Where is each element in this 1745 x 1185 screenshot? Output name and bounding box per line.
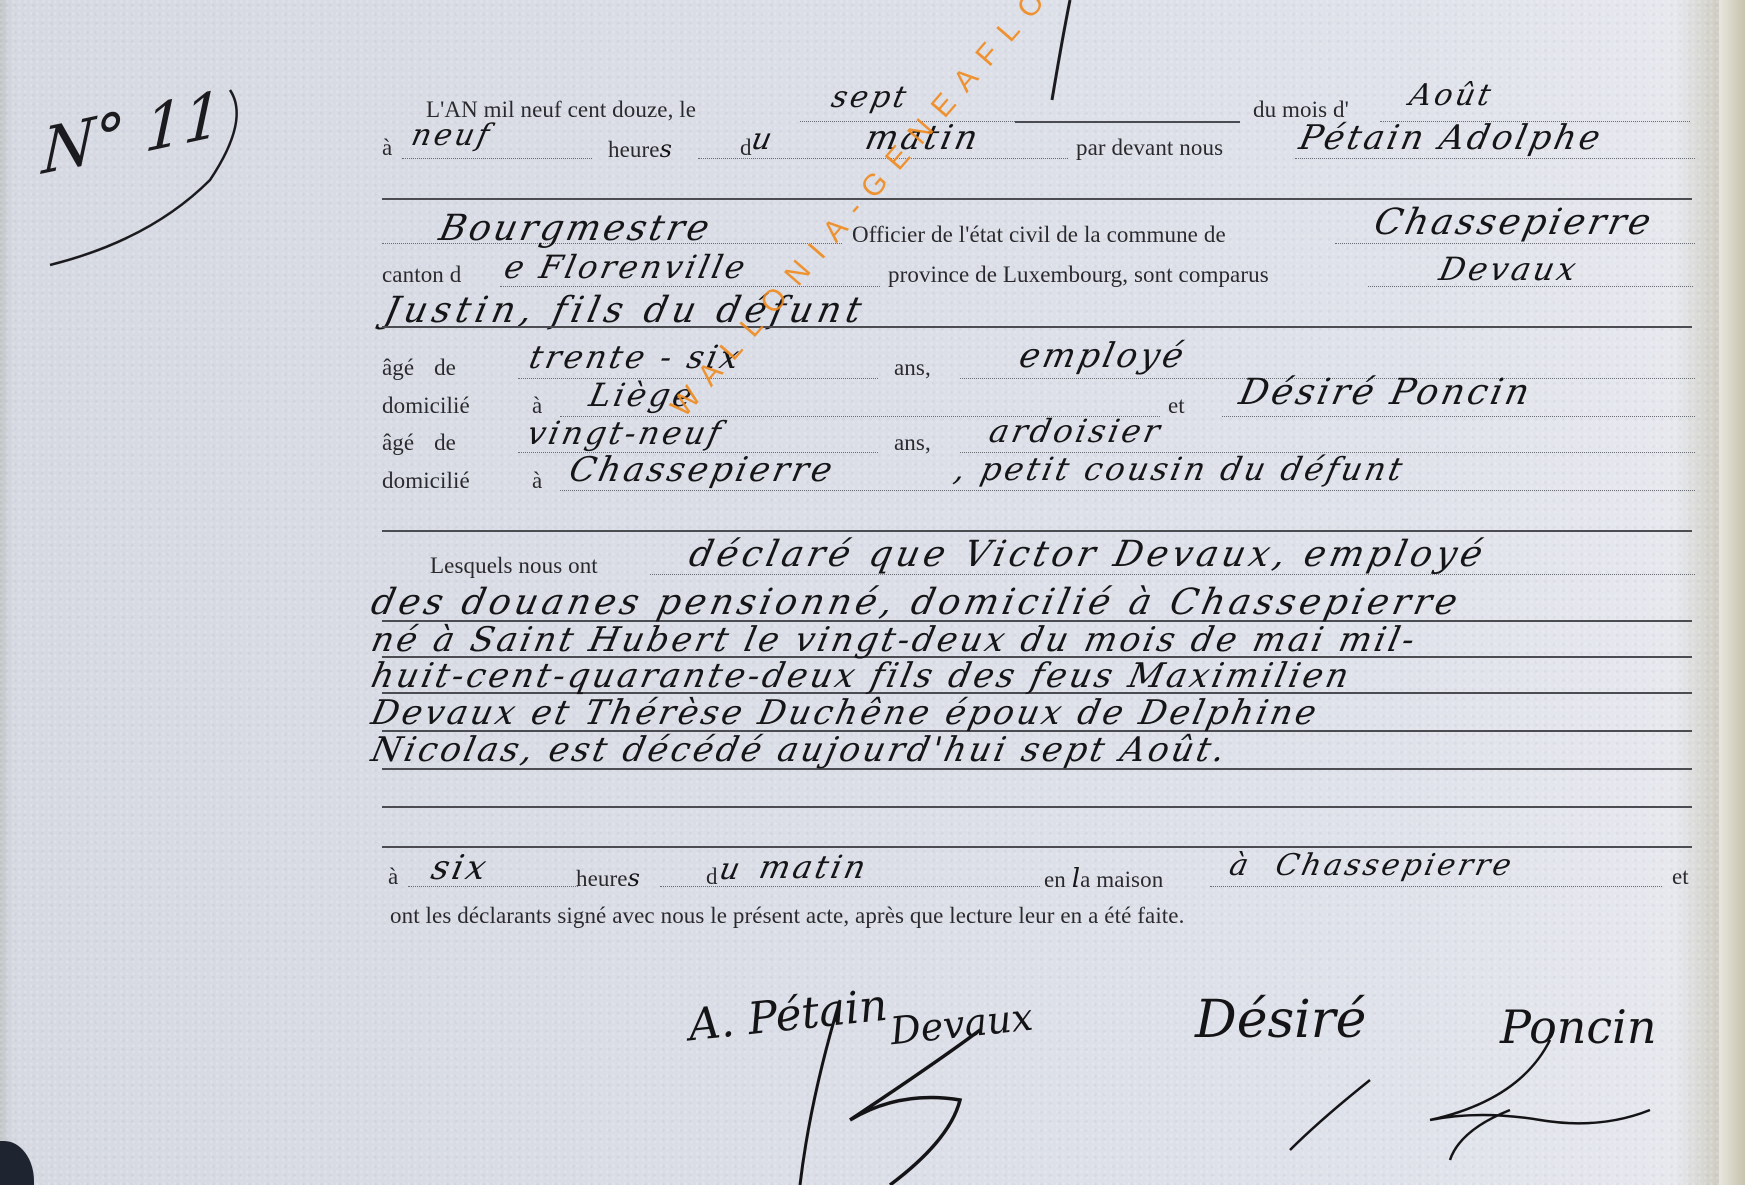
profession2-value: ardoisier xyxy=(986,412,1166,450)
domicile2-value: Chassepierre xyxy=(566,450,839,490)
signature-flourish xyxy=(1180,1040,1660,1160)
declaration-label: Lesquels nous ont xyxy=(430,553,598,579)
a-label-2: à xyxy=(532,468,542,494)
separator-line xyxy=(382,198,1692,200)
fill-line xyxy=(560,490,1695,491)
declaration-line-6: Nicolas, est décédé aujourd'hui sept Aoû… xyxy=(368,730,1232,770)
death-hour-value: six xyxy=(428,848,493,888)
declaration-line-5: Devaux et Thérèse Duchêne époux de Delph… xyxy=(368,693,1323,733)
month-value: Août xyxy=(1406,78,1497,113)
time-et-label: et xyxy=(1672,864,1689,890)
officier-label: Officier de l'état civil de la commune d… xyxy=(852,222,1226,248)
age2-value: vingt-neuf xyxy=(524,414,727,452)
death-place-value: à Chassepierre xyxy=(1226,848,1517,883)
canton-value: e Florenville xyxy=(501,248,751,286)
declaration-line-1: déclaré que Victor Devaux, employé xyxy=(686,534,1491,575)
fill-line xyxy=(382,806,1692,808)
entry-number-bracket-icon xyxy=(40,90,240,270)
hour-value: neuf xyxy=(408,118,495,153)
time-heure-label: heures xyxy=(576,864,640,892)
fill-line xyxy=(1015,121,1240,123)
page-edge xyxy=(1719,0,1745,1185)
heure-label: heures xyxy=(608,135,672,163)
declaration-line-3: né à Saint Hubert le vingt-deux du mois … xyxy=(368,620,1422,660)
canton-label: canton d xyxy=(382,262,461,288)
profession1-value: employé xyxy=(1016,336,1190,376)
officer-title: Bourgmestre xyxy=(436,208,716,249)
ans-label-1: ans, xyxy=(894,355,931,381)
ans-label-2: ans, xyxy=(894,430,931,456)
age-label-1: âgé de xyxy=(382,355,456,381)
officer-name: Pétain Adolphe xyxy=(1296,118,1607,158)
closing-sentence: ont les déclarants signé avec nous le pr… xyxy=(390,903,1184,929)
fill-line xyxy=(382,326,1692,328)
death-period-value: matin xyxy=(756,848,872,886)
relation-value: , petit cousin du défunt xyxy=(951,450,1409,488)
fill-line xyxy=(1295,158,1695,159)
province-label: province de Luxembourg, sont comparus xyxy=(888,262,1269,288)
binding-shadow xyxy=(0,1141,34,1185)
signature-poncin: Poncin xyxy=(1500,1000,1657,1054)
fill-line xyxy=(500,286,880,287)
domicile-label-1: domicilié xyxy=(382,393,470,419)
line2-prefix: à xyxy=(382,135,392,161)
pen-stroke xyxy=(1040,0,1080,110)
declaration-line-4: huit-cent-quarante-deux fils des feus Ma… xyxy=(368,656,1356,696)
fill-line xyxy=(1335,243,1695,244)
et-label: et xyxy=(1168,393,1185,419)
signature-flourish xyxy=(740,990,1060,1185)
declaration-line-2: des douanes pensionné, domicilié à Chass… xyxy=(368,582,1465,623)
time-du-hand: u xyxy=(716,852,743,887)
age-label-2: âgé de xyxy=(382,430,456,456)
du-hand: u xyxy=(748,122,775,157)
fill-line xyxy=(1210,886,1662,887)
par-devant-label: par devant nous xyxy=(1076,135,1223,161)
day-value: sept xyxy=(828,80,912,115)
en-la-maison-label: en la maison xyxy=(1044,864,1163,894)
comparant1-surname: Devaux xyxy=(1436,250,1582,288)
fill-line xyxy=(402,158,592,159)
commune-value: Chassepierre xyxy=(1371,202,1658,243)
fill-line xyxy=(1222,416,1695,417)
time-a-label: à xyxy=(388,864,398,890)
domicile-label-2: domicilié xyxy=(382,468,470,494)
separator-line xyxy=(382,530,1692,532)
comparant2-name: Désiré Poncin xyxy=(1236,372,1536,413)
